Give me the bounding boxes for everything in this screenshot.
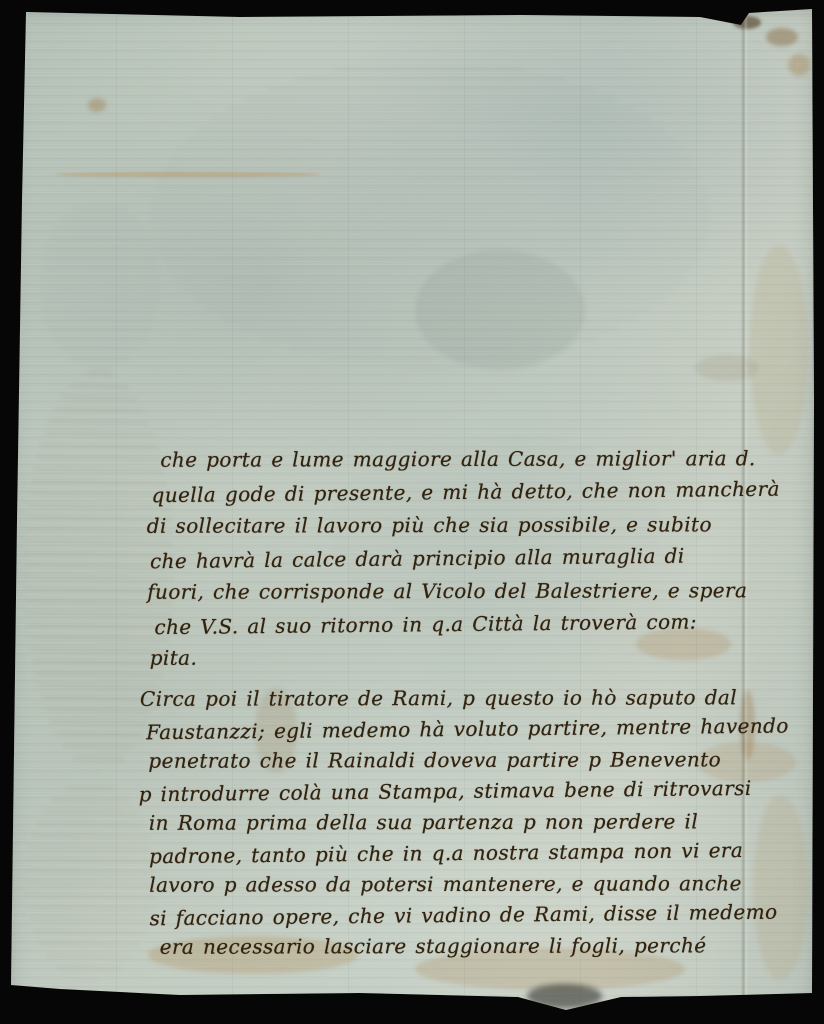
paper-edge-shadow — [527, 984, 602, 1008]
paragraph: che porta e lume maggiore alla Casa, e m… — [146, 441, 766, 676]
manuscript-line: era necessario lasciare staggionare li f… — [160, 930, 768, 963]
manuscript-line: padrone, tanto più che in q.a nostra sta… — [149, 835, 767, 872]
manuscript-line: Circa poi il tiratore de Rami, p questo … — [140, 682, 766, 715]
manuscript-line: penetrato che il Rainaldi doveva partire… — [148, 744, 766, 777]
manuscript-line: Faustanzzi; egli medemo hà voluto partir… — [146, 711, 766, 748]
manuscript-line: quella gode di presente, e mi hà detto, … — [151, 473, 764, 512]
manuscript-line: in Roma prima della sua partenza p non p… — [149, 806, 767, 839]
ink-showthrough — [40, 200, 160, 370]
letter-page: che porta e lume maggiore alla Casa, e m… — [0, 0, 824, 1024]
fox-stain — [55, 172, 320, 177]
manuscript-line: che havrà la calce darà principio alla m… — [150, 539, 765, 578]
ink-showthrough — [25, 780, 155, 980]
manuscript-line: pita. — [150, 640, 766, 675]
manuscript-line: che V.S. al suo ritorno in q.a Città la … — [154, 605, 765, 644]
paragraph: Circa poi il tiratore de Rami, p questo … — [148, 681, 768, 964]
letter-text: che porta e lume maggiore alla Casa, e m… — [146, 441, 768, 964]
manuscript-line: si facciano opere, che vi vadino de Rami… — [149, 897, 767, 934]
fox-stain — [788, 54, 810, 76]
fox-stain — [88, 98, 106, 112]
photo-background: che porta e lume maggiore alla Casa, e m… — [0, 0, 824, 1024]
manuscript-line: p introdurre colà una Stampa, stimava be… — [138, 773, 766, 811]
fox-stain — [415, 250, 585, 370]
fox-stain — [766, 28, 798, 46]
fox-stain — [750, 245, 808, 455]
manuscript-line: che porta e lume maggiore alla Casa, e m… — [160, 442, 764, 477]
manuscript-line: di sollecitare il lavoro più che sia pos… — [147, 508, 765, 543]
manuscript-line: fuori, che corrisponde al Vicolo del Bal… — [147, 574, 765, 609]
manuscript-line: lavoro p adesso da potersi mantenere, e … — [149, 868, 767, 901]
